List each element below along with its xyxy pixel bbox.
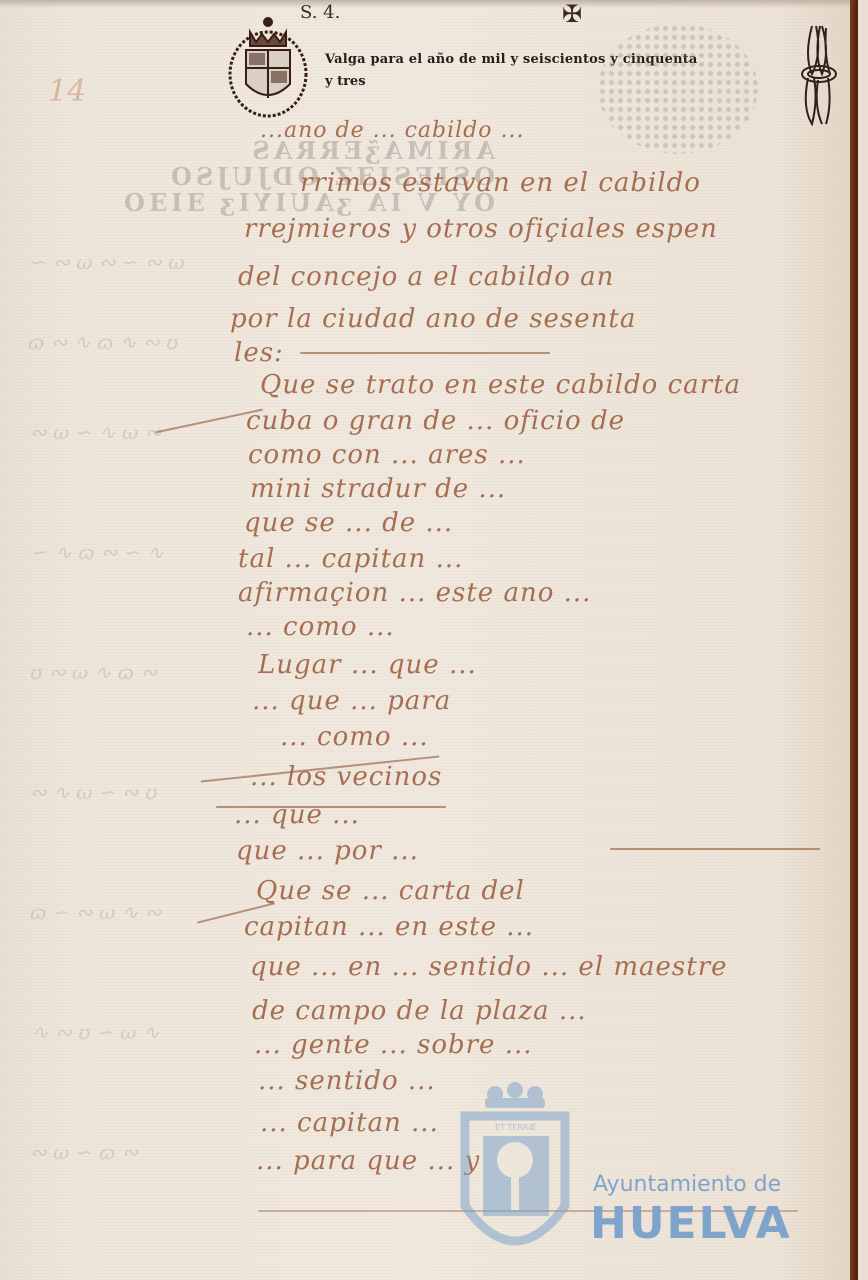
handwritten-line: cuba o gran de ... oficio de xyxy=(246,406,625,436)
handwritten-line: ... los vecinos xyxy=(250,762,442,792)
cross-icon: ✠ xyxy=(562,0,582,28)
stamped-paper-heading-cont: y tres xyxy=(325,74,366,89)
handwritten-line: por la ciudad ano de sesenta xyxy=(230,304,636,334)
handwritten-line: del concejo a el cabildo an xyxy=(238,262,614,292)
handwritten-line: capitan ... en este ... xyxy=(244,912,534,942)
royal-coat-of-arms-icon xyxy=(216,12,320,122)
ghost-handwriting: ɷ ∽ ∾ ω ∿ ∾ xyxy=(30,900,162,924)
handwritten-line: como con ... ares ... xyxy=(248,440,526,470)
ghost-handwriting: ∿ ∾ ʊ ∽ ω ∿ xyxy=(32,1020,160,1044)
handwritten-line: ... sentido ... xyxy=(258,1066,436,1096)
ghost-handwriting: ∽ ∾ ω ∾ ∽ ∾ ω xyxy=(30,250,185,274)
handwritten-line: ... para que ... y xyxy=(256,1146,480,1176)
handwritten-line: que se ... de ... xyxy=(244,508,453,538)
handwritten-line: les: xyxy=(234,338,284,368)
handwritten-line: rrimos estavan en el cabildo xyxy=(300,168,701,198)
ghost-handwriting: ∾ ∿ ω ∽ ∾ ʊ xyxy=(30,780,158,804)
handwritten-line: ... que ... para xyxy=(252,686,451,716)
svg-text:ET TERRÆ: ET TERRÆ xyxy=(495,1123,537,1132)
manuscript-page: 14 S. 4. ✠ Valga para el año de mil y se… xyxy=(0,0,850,1280)
ghost-handwriting: ∽ ∿ ɷ ∾ ∽ ∿ xyxy=(32,540,164,564)
handwritten-line: Lugar ... que ... xyxy=(258,650,477,680)
handwritten-line: rrejmieros y otros ofiçiales espen xyxy=(244,214,718,244)
handwritten-line: ... gente ... sobre ... xyxy=(254,1030,533,1060)
ruled-stroke xyxy=(610,848,820,850)
handwritten-line: ... como ... xyxy=(246,612,395,642)
ghost-handwriting: ∾ ω ∽ ɷ ∾ xyxy=(30,1140,138,1164)
handwritten-line: ... que ... xyxy=(234,800,360,830)
handwritten-line: afirmaçion ... este ano ... xyxy=(238,578,591,608)
handwritten-line: ... como ... xyxy=(280,722,429,752)
handwritten-line: de campo de la plaza ... xyxy=(252,996,587,1026)
embossed-seal-ghost xyxy=(598,24,758,154)
handwritten-line: Que se ... carta del xyxy=(256,876,525,906)
ruled-stroke xyxy=(300,352,550,354)
ghost-handwriting: ɷ ∾ ∿ ɷ ∿ ∾ ʊ xyxy=(28,330,178,354)
binding-edge xyxy=(850,0,858,1280)
handwritten-line: que ... por ... xyxy=(236,836,419,866)
handwritten-line: Que se trato en este cabildo carta xyxy=(260,370,741,400)
next-page-edge xyxy=(858,0,868,1280)
handwritten-line: que ... en ... sentido ... el maestre xyxy=(250,952,728,982)
handwritten-line: ... capitan ... xyxy=(260,1108,439,1138)
watermark-institution-line2: HUELVA xyxy=(590,1198,792,1249)
margin-folio-number: 14 xyxy=(48,74,86,109)
ghost-handwriting: ∾ ω ∽ ∿ ω ∾ xyxy=(30,420,161,444)
watermark-institution-line1: Ayuntamiento de xyxy=(593,1172,781,1197)
ghost-handwriting: ʊ ∾ ω ∿ ɷ ∾ xyxy=(30,660,157,684)
notary-rubric-knot-icon xyxy=(798,22,840,128)
page-top-shadow xyxy=(0,0,850,8)
handwritten-line: ...ano de ... cabildo ... xyxy=(260,118,524,143)
handwritten-line: tal ... capitan ... xyxy=(238,544,463,574)
handwritten-line: mini stradur de ... xyxy=(250,474,506,504)
